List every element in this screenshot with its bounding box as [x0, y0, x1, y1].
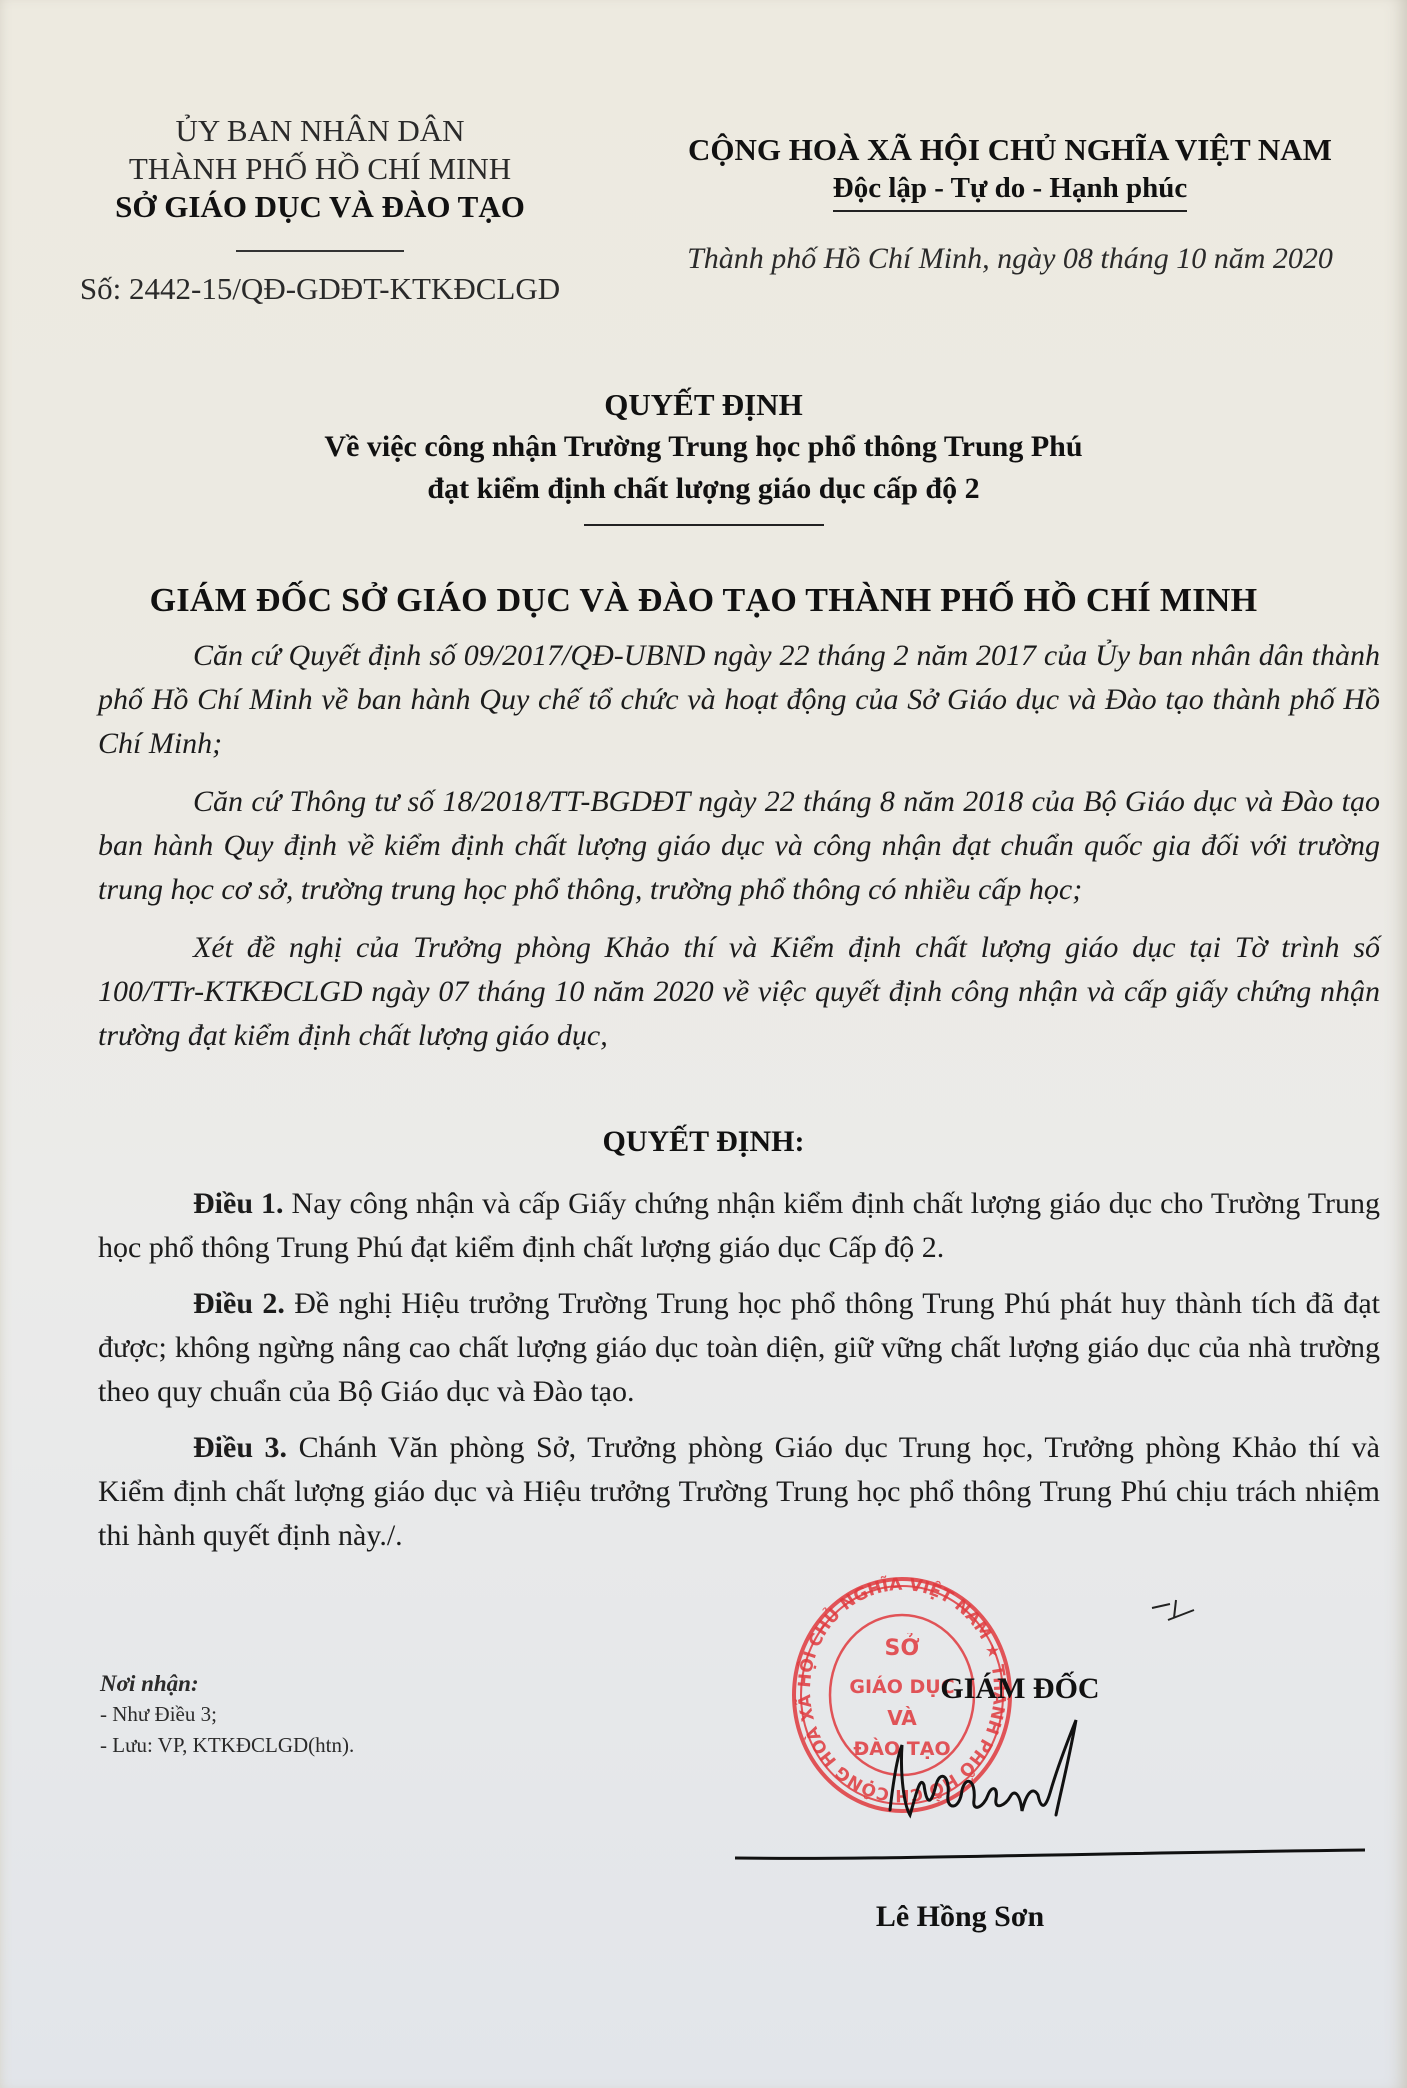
- place-date: Thành phố Hồ Chí Minh, ngày 08 tháng 10 …: [640, 242, 1380, 276]
- handwritten-signature-icon: [880, 1715, 1130, 1835]
- article-text: Nay công nhận và cấp Giấy chứng nhận kiể…: [98, 1187, 1380, 1264]
- recipients-block: Nơi nhận: - Như Điều 3; - Lưu: VP, KTKĐC…: [100, 1668, 354, 1761]
- signature-underline: [735, 1844, 1365, 1864]
- document-title-block: QUYẾT ĐỊNH Về việc công nhận Trường Trun…: [0, 384, 1407, 526]
- agency-line-2: THÀNH PHỐ HỒ CHÍ MINH: [40, 150, 600, 188]
- legal-basis: Căn cứ Quyết định số 09/2017/QĐ-UBND ngà…: [98, 634, 1380, 1072]
- basis-paragraph: Căn cứ Thông tư số 18/2018/TT-BGDĐT ngày…: [98, 780, 1380, 912]
- signer-title: GIÁM ĐỐC: [870, 1672, 1170, 1706]
- agency-divider: [236, 250, 404, 252]
- recipient-item: - Như Điều 3;: [100, 1699, 354, 1730]
- issuing-agency-block: ỦY BAN NHÂN DÂN THÀNH PHỐ HỒ CHÍ MINH SỞ…: [40, 112, 600, 308]
- recipient-item: - Lưu: VP, KTKĐCLGD(htn).: [100, 1730, 354, 1761]
- decide-heading: QUYẾT ĐỊNH:: [0, 1125, 1407, 1159]
- article-1: Điều 1. Nay công nhận và cấp Giấy chứng …: [98, 1182, 1380, 1270]
- article-text: Chánh Văn phòng Sở, Trưởng phòng Giáo dụ…: [98, 1431, 1380, 1552]
- article-label: Điều 2.: [193, 1287, 285, 1320]
- document-number: Số: 2442-15/QĐ-GDĐT-KTKĐCLGD: [40, 270, 600, 308]
- basis-paragraph: Căn cứ Quyết định số 09/2017/QĐ-UBND ngà…: [98, 634, 1380, 766]
- national-header-block: CỘNG HOÀ XÃ HỘI CHỦ NGHĨA VIỆT NAM Độc l…: [640, 130, 1380, 276]
- authority-heading: GIÁM ĐỐC SỞ GIÁO DỤC VÀ ĐÀO TẠO THÀNH PH…: [0, 582, 1407, 620]
- signer-name: Lê Hồng Sơn: [700, 1900, 1220, 1934]
- nation-name: CỘNG HOÀ XÃ HỘI CHỦ NGHĨA VIỆT NAM: [640, 130, 1380, 170]
- subject-line-2: đạt kiểm định chất lượng giáo dục cấp độ…: [0, 468, 1407, 510]
- article-label: Điều 1.: [193, 1187, 284, 1220]
- agency-line-1: ỦY BAN NHÂN DÂN: [40, 112, 600, 150]
- svg-text:SỞ: SỞ: [884, 1633, 919, 1661]
- title-divider: [584, 524, 824, 526]
- article-text: Đề nghị Hiệu trưởng Trường Trung học phổ…: [98, 1287, 1380, 1408]
- subject-line-1: Về việc công nhận Trường Trung học phổ t…: [0, 426, 1407, 468]
- basis-paragraph: Xét đề nghị của Trưởng phòng Khảo thí và…: [98, 926, 1380, 1058]
- articles: Điều 1. Nay công nhận và cấp Giấy chứng …: [98, 1182, 1380, 1570]
- article-3: Điều 3. Chánh Văn phòng Sở, Trưởng phòng…: [98, 1426, 1380, 1558]
- agency-name: SỞ GIÁO DỤC VÀ ĐÀO TẠO: [40, 188, 600, 226]
- decision-document: ỦY BAN NHÂN DÂN THÀNH PHỐ HỒ CHÍ MINH SỞ…: [0, 0, 1407, 2088]
- end-mark-icon: [1148, 1596, 1208, 1626]
- national-motto: Độc lập - Tự do - Hạnh phúc: [833, 170, 1188, 212]
- article-2: Điều 2. Đề nghị Hiệu trưởng Trường Trung…: [98, 1282, 1380, 1414]
- recipients-label: Nơi nhận:: [100, 1668, 354, 1699]
- article-label: Điều 3.: [193, 1431, 287, 1464]
- document-type: QUYẾT ĐỊNH: [0, 384, 1407, 426]
